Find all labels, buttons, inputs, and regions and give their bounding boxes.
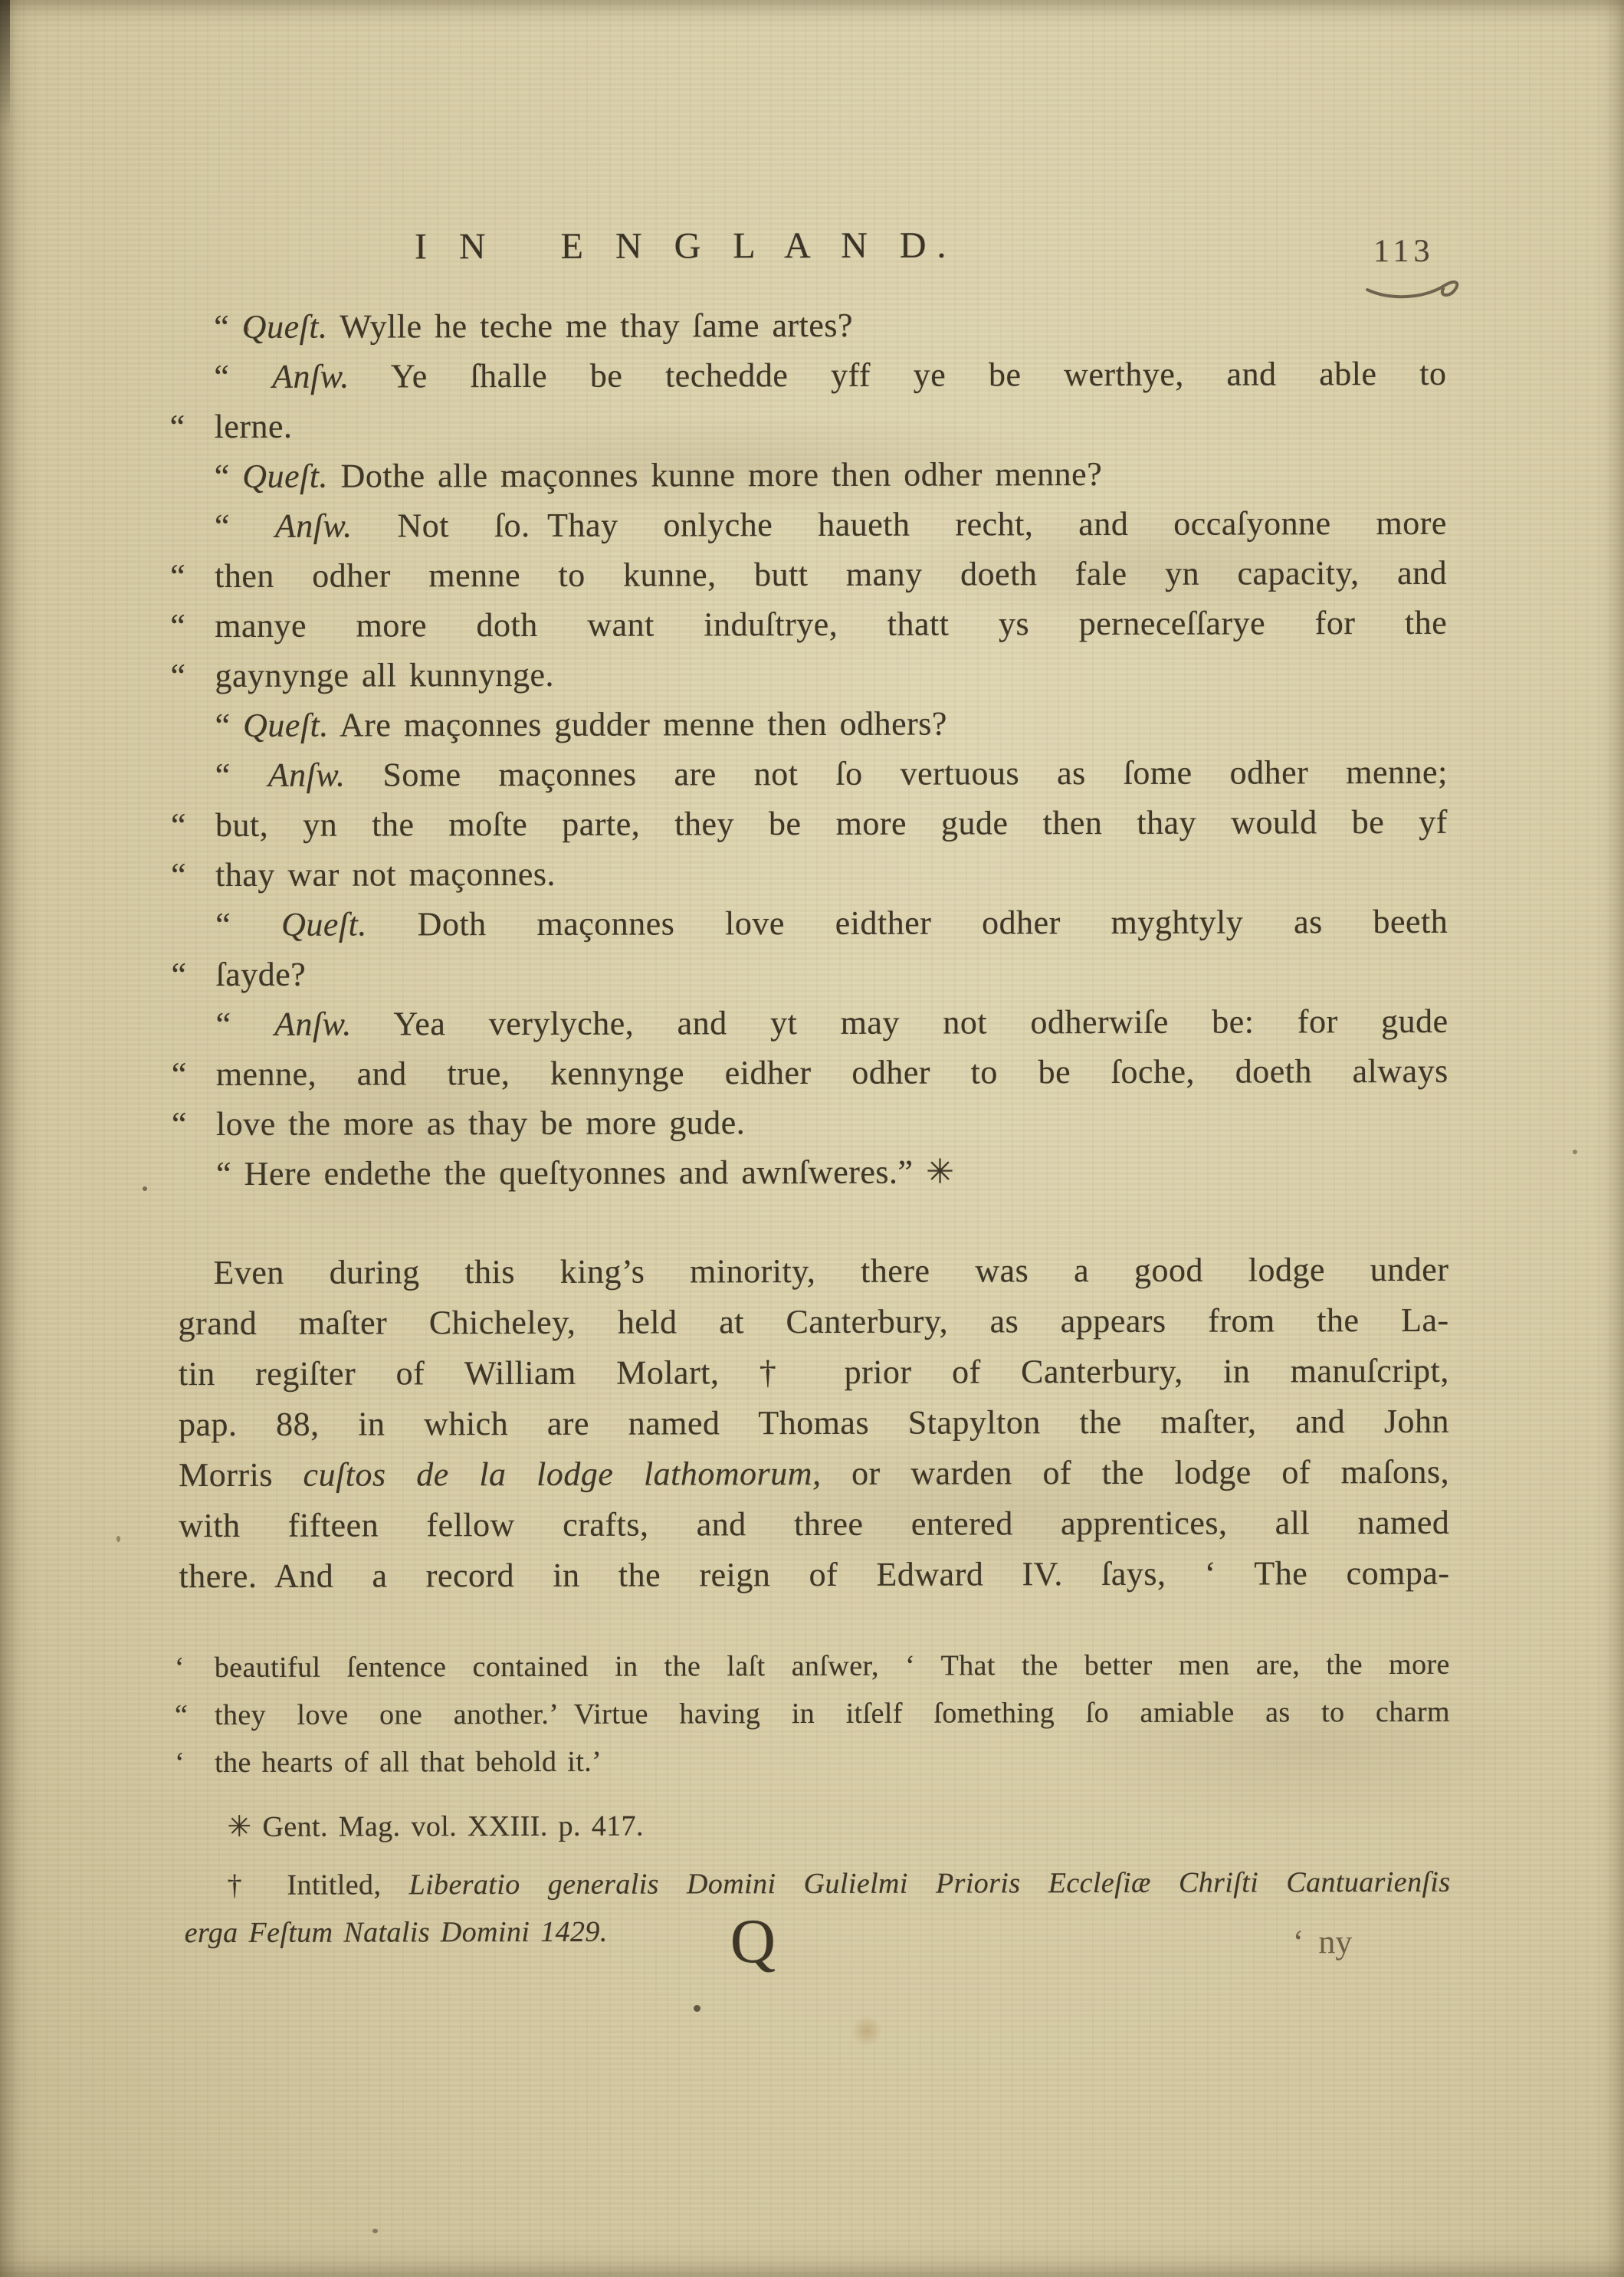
text-line: there. And a record in the reign of Edwa… [179, 1548, 1449, 1602]
text-segment: grand maſter Chicheley, held at Canterbu… [179, 1301, 1449, 1342]
text-line: “ Here endethe the queſtyonnes and awnſw… [216, 1146, 1448, 1199]
text-segment: Some maçonnes are not ſo vertuous as ſom… [345, 753, 1447, 794]
italic-text: Anſw. [268, 756, 346, 794]
text-segment: but, yn the moſte parte, they be more gu… [215, 803, 1448, 844]
text-line: ‘the hearts of all that behold it.’ [215, 1736, 1450, 1786]
page-content: I N E N G L A N D. 113 “ Queſt. Wylle he… [0, 0, 1624, 2277]
text-segment: “ [216, 1006, 275, 1043]
text-line: “ Anſw. Not ſo. Thay onlyche haueth rech… [215, 498, 1447, 551]
quotation-mark: “ [175, 1691, 188, 1739]
text-line: “ Anſw. Some maçonnes are not ſo vertuou… [215, 747, 1448, 800]
italic-text: Anſw. [274, 1006, 352, 1043]
text-segment: love the more as thay be more gude. [216, 1104, 745, 1143]
text-segment: “ [214, 308, 242, 346]
text-segment: thay war not maçonnes. [215, 855, 556, 894]
text-segment: manye more doth want induſtrye, thatt ys… [215, 604, 1447, 645]
text-segment: there. And a record in the reign of Edwa… [179, 1554, 1449, 1595]
text-segment: “ [215, 458, 243, 495]
italic-text: cuſtos de la lodge lathomorum, [303, 1455, 821, 1494]
text-segment: Doth maçonnes love eidther odher myghtyl… [367, 903, 1448, 943]
text-segment: menne, and true, kennynge eidher odher t… [216, 1052, 1448, 1093]
text-segment: Ye ſhalle be techedde yff ye be werthye,… [349, 355, 1447, 395]
catchword: ‘ ny [1293, 1925, 1353, 1959]
text-segment: Dothe alle maçonnes kunne more then odhe… [328, 455, 1102, 495]
text-line: † Intitled, Liberatio generalis Domini G… [215, 1859, 1450, 1909]
text-segment: Morris [179, 1456, 303, 1494]
text-segment: ſayde? [215, 956, 306, 993]
quotation-mark: “ [170, 551, 185, 601]
text-line: “gaynynge all kunnynge. [215, 648, 1447, 700]
quotation-mark: “ [169, 402, 185, 451]
text-line: tin regiſter of William Molart, † prior … [179, 1346, 1449, 1399]
text-line: “ Queſt. Dothe alle maçonnes kunne more … [215, 448, 1447, 501]
text-segment: Not ſo. Thay onlyche haueth recht, and o… [352, 504, 1446, 545]
text-line: with fifteen fellow crafts, and three en… [179, 1498, 1449, 1551]
quotation-mark: ‘ [175, 1644, 185, 1691]
text-segment: “ [215, 906, 281, 943]
text-segment: Wylle he teche me thay ſame artes? [327, 307, 853, 346]
text-segment: Yea verylyche, and yt may not odherwiſe … [352, 1002, 1448, 1043]
text-line: “menne, and true, kennynge eidher odher … [216, 1046, 1448, 1099]
text-line: “thay war not maçonnes. [215, 847, 1448, 900]
text-segment: with fifteen fellow crafts, and three en… [179, 1504, 1449, 1544]
text-line: Even during this king’s minority, there … [178, 1245, 1448, 1298]
text-line: Morris cuſtos de la lodge lathomorum, or… [179, 1447, 1449, 1501]
text-segment: the hearts of all that behold it.’ [215, 1746, 602, 1779]
text-line: pap. 88, in which are named Thomas Stapy… [179, 1396, 1449, 1450]
dialogue-quotation-block: “ Queſt. Wylle he teche me thay ſame art… [214, 299, 1448, 1199]
text-segment: lerne. [215, 408, 293, 445]
text-segment: Are maçonnes gudder menne then odhers? [329, 705, 947, 744]
text-line: “ Anſw. Ye ſhalle be techedde yff ye be … [214, 349, 1446, 402]
text-segment: then odher menne to kunne, butt many doe… [215, 554, 1447, 595]
text-segment: “ [215, 756, 268, 794]
italic-text: erga Feſtum Natalis Domini 1429. [185, 1916, 608, 1949]
text-segment: they love one another.’ Virtue having in… [215, 1696, 1450, 1731]
italic-text: Queſt. [242, 308, 328, 346]
text-segment: tin regiſter of William Molart, † prior … [179, 1352, 1449, 1393]
text-line: “ Anſw. Yea verylyche, and yt may not od… [216, 996, 1448, 1049]
italic-text: Anſw. [272, 358, 349, 395]
quotation-mark: “ [172, 1049, 187, 1099]
body-paragraph: Even during this king’s minority, there … [178, 1245, 1449, 1602]
quotation-mark: “ [171, 850, 186, 900]
text-line: “ Queſt. Wylle he teche me thay ſame art… [214, 299, 1446, 352]
text-segment: “ [214, 358, 272, 395]
quotation-mark: “ [171, 800, 186, 850]
text-line: “ſayde? [215, 947, 1448, 999]
signature-mark: Q [730, 1910, 776, 1973]
text-line: “they love one another.’ Virtue having i… [215, 1688, 1450, 1739]
running-header: I N E N G L A N D. [415, 228, 957, 266]
italic-text: Queſt. [242, 458, 328, 495]
text-line: “manye more doth want induſtrye, thatt y… [215, 598, 1447, 651]
text-segment: “ [215, 707, 244, 744]
footnotes: ‘beautiful ſentence contained in the laſ… [215, 1641, 1451, 1957]
italic-text: Queſt. [243, 707, 329, 744]
text-line: “love the more as thay be more gude. [216, 1096, 1448, 1149]
quotation-mark: ‘ [175, 1739, 185, 1786]
page-number: 113 [1373, 235, 1435, 267]
text-line: “ Queſt. Doth maçonnes love eidther odhe… [215, 897, 1448, 950]
quotation-mark: “ [170, 601, 185, 651]
text-segment: “ [215, 507, 275, 545]
text-line: “then odher menne to kunne, butt many do… [215, 548, 1447, 601]
text-segment: † Intitled, [227, 1869, 408, 1901]
quotation-mark: “ [172, 1099, 187, 1149]
text-segment: ✳ Gent. Mag. vol. XXIII. p. 417. [227, 1810, 644, 1843]
text-line: “lerne. [214, 399, 1446, 451]
text-line: grand maſter Chicheley, held at Canterbu… [179, 1295, 1449, 1349]
text-line: “ Queſt. Are maçonnes gudder menne then … [215, 697, 1448, 750]
text-segment: pap. 88, in which are named Thomas Stapy… [179, 1403, 1449, 1443]
text-segment: Even during this king’s minority, there … [213, 1251, 1448, 1291]
book-page-scan: I N E N G L A N D. 113 “ Queſt. Wylle he… [0, 0, 1624, 2277]
text-line: “but, yn the moſte parte, they be more g… [215, 797, 1448, 850]
text-line: ‘beautiful ſentence contained in the laſ… [215, 1641, 1450, 1691]
italic-text: Liberatio generalis Domini Gulielmi Prio… [408, 1866, 1450, 1901]
text-segment: “ Here endethe the queſtyonnes and awnſw… [216, 1153, 954, 1193]
text-segment: gaynynge all kunnynge. [215, 656, 554, 694]
italic-text: Queſt. [281, 906, 367, 943]
text-segment: or warden of the lodge of maſons, [821, 1453, 1449, 1492]
quotation-mark: “ [171, 950, 186, 999]
quotation-mark: “ [170, 651, 185, 700]
text-segment: beautiful ſentence contained in the laſt… [215, 1649, 1450, 1684]
text-line: ✳ Gent. Mag. vol. XXIII. p. 417. [215, 1800, 1450, 1851]
italic-text: Anſw. [275, 507, 353, 545]
text-line: erga Feſtum Natalis Domini 1429. [185, 1906, 1451, 1957]
